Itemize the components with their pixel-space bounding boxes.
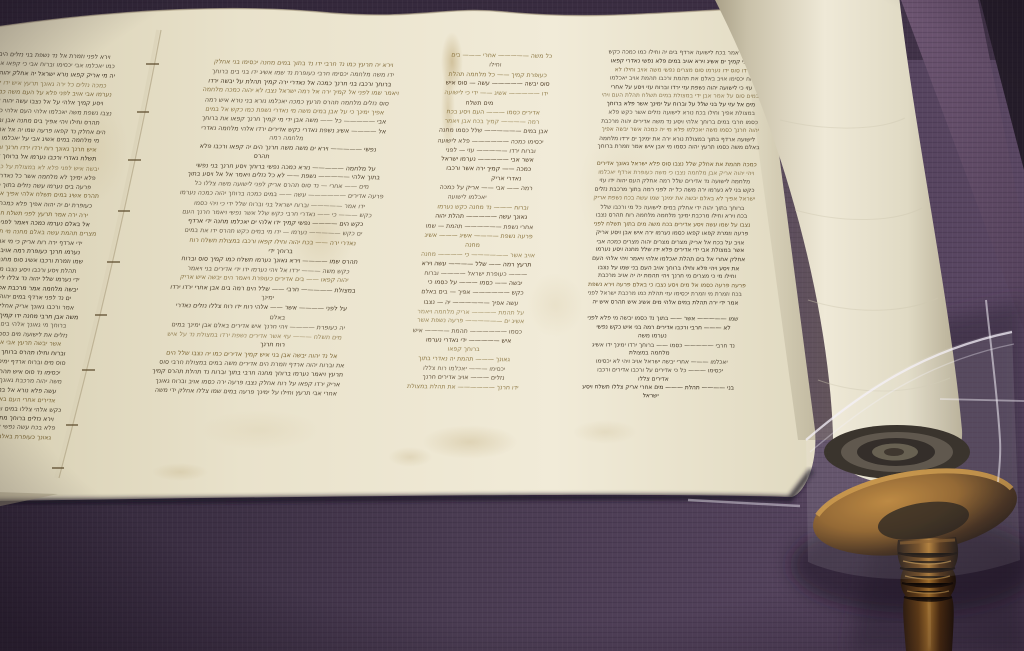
torah-scroll-photo: An unrolled antique Torah scroll on purp… (0, 0, 1024, 651)
photo-canvas: An unrolled antique Torah scroll on purp… (0, 0, 1024, 651)
vignette (0, 0, 1024, 651)
